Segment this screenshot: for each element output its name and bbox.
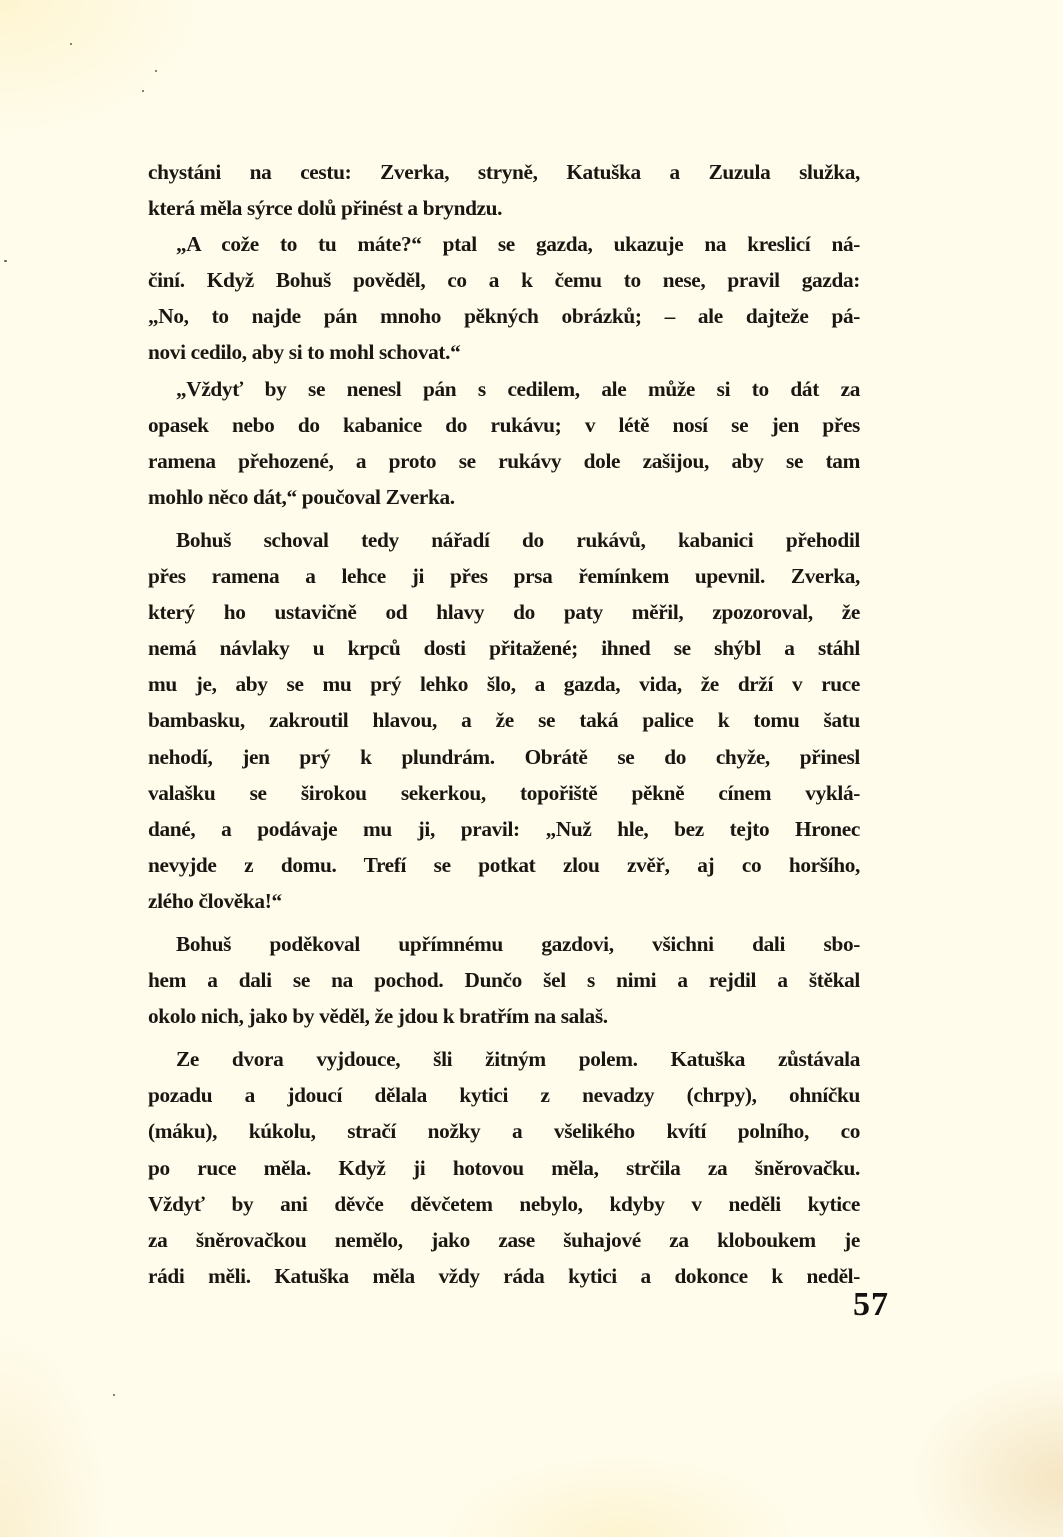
text-line: „A cože to tu máte?“ ptal se gazda, ukaz…	[148, 226, 860, 262]
text-line: rádi měli. Katuška měla vždy ráda kytici…	[148, 1258, 860, 1294]
text-line: opasek nebo do kabanice do rukávu; v lét…	[148, 407, 860, 443]
text-line: která měla sýrce dolů přinést a bryndzu.	[148, 190, 860, 226]
text-line: přes ramena a lehce ji přes prsa řemínke…	[148, 558, 860, 594]
text-line: pozadu a jdoucí dělala kytici z nevadzy …	[148, 1077, 860, 1113]
text-line: (máku), kúkolu, stračí nožky a všelikého…	[148, 1113, 860, 1149]
paper-speck	[4, 260, 7, 262]
book-page: chystáni na cestu: Zverka, stryně, Katuš…	[0, 0, 1063, 1537]
text-line: mohlo něco dát,“ poučoval Zverka.	[148, 479, 860, 515]
paper-speck	[155, 70, 157, 72]
text-line: Bohuš schoval tedy nářadí do rukávů, kab…	[148, 522, 860, 558]
text-line: nemá návlaky u krpců dosti přitažené; ih…	[148, 630, 860, 666]
text-line: bambasku, zakroutil hlavou, a že se taká…	[148, 702, 860, 738]
text-line: chystáni na cestu: Zverka, stryně, Katuš…	[148, 154, 860, 190]
text-line: Ze dvora vyjdouce, šli žitným polem. Kat…	[148, 1041, 860, 1077]
text-line: „No, to najde pán mnoho pěkných obrázků;…	[148, 298, 860, 334]
text-line: Vždyť by ani děvče děvčetem nebylo, kdyb…	[148, 1186, 860, 1222]
text-line: okolo nich, jako by věděl, že jdou k bra…	[148, 998, 860, 1034]
text-line: dané, a podávaje mu ji, pravil: „Nuž hle…	[148, 811, 860, 847]
text-line: po ruce měla. Když ji hotovou měla, strč…	[148, 1150, 860, 1186]
page-number: 57	[853, 1286, 889, 1324]
paper-speck	[70, 43, 72, 45]
text-line: nehodí, jen prý k plundrám. Obrátě se do…	[148, 739, 860, 775]
text-line: Bohuš poděkoval upřímnému gazdovi, všich…	[148, 926, 860, 962]
text-line: který ho ustavičně od hlavy do paty měři…	[148, 594, 860, 630]
text-line: mu je, aby se mu prý lehko šlo, a gazda,…	[148, 666, 860, 702]
text-line: ramena přehozené, a proto se rukávy dole…	[148, 443, 860, 479]
text-line: hem a dali se na pochod. Dunčo šel s nim…	[148, 962, 860, 998]
text-line: za šněrovačkou nemělo, jako zase šuhajov…	[148, 1222, 860, 1258]
text-line: „Vždyť by se nenesl pán s cedilem, ale m…	[148, 371, 860, 407]
text-line: valašku se širokou sekerkou, topořiště p…	[148, 775, 860, 811]
text-line: novi cedilo, aby si to mohl schovat.“	[148, 334, 860, 370]
text-line: zlého člověka!“	[148, 883, 860, 919]
text-line: nevyjde z domu. Trefí se potkat zlou zvě…	[148, 847, 860, 883]
paper-speck	[142, 90, 144, 92]
body-text: chystáni na cestu: Zverka, stryně, Katuš…	[148, 154, 860, 1294]
text-line: činí. Když Bohuš pověděl, co a k čemu to…	[148, 262, 860, 298]
paper-speck	[113, 1394, 115, 1396]
